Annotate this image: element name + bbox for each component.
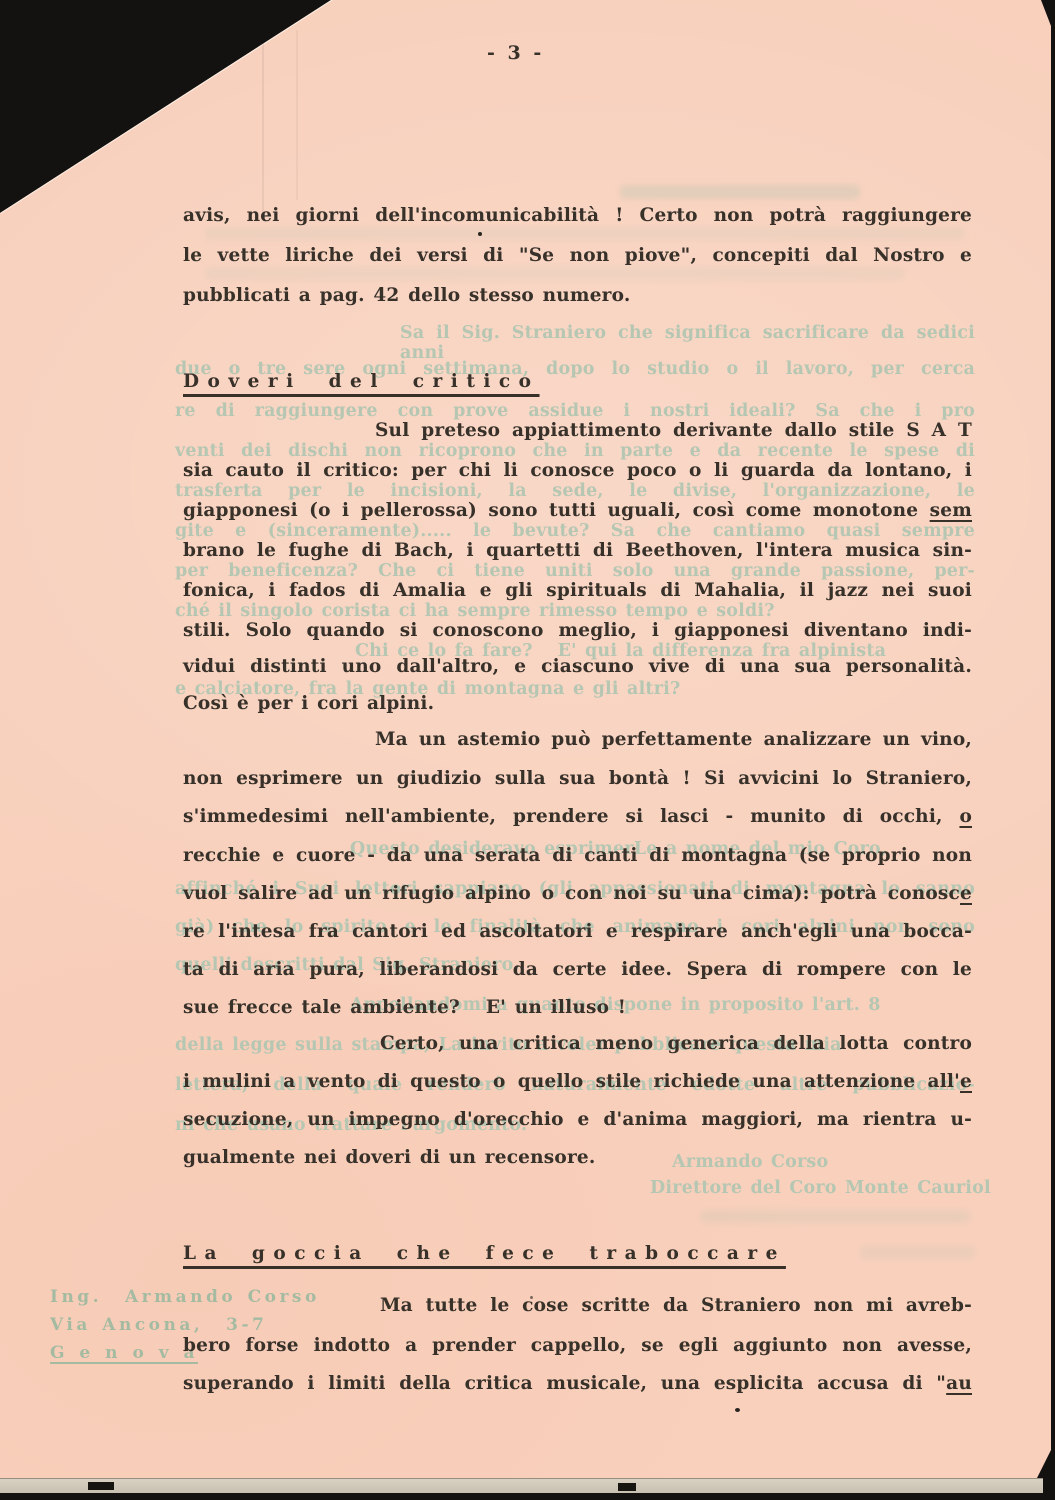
body-line: fonica, i fados di Amalia e gli spiritua…	[183, 580, 972, 601]
ink-speck	[530, 1296, 533, 1299]
bleedthrough-line: ché il singolo corista ci ha sempre rime…	[175, 601, 775, 621]
bleedthrough-address-line: G e n o v a	[50, 1344, 198, 1364]
page-corner-fold-edge	[0, 0, 334, 214]
body-line: sia cauto il critico: per chi li conosce…	[183, 460, 972, 481]
underlying-page-edge	[0, 1478, 1043, 1493]
crease-mark	[262, 0, 264, 215]
body-line: s'immedesimi nell'ambiente, prendere si …	[183, 806, 972, 827]
bleedthrough-line: venti dei dischi non ricoprono che in pa…	[175, 441, 975, 461]
body-line: Sul preteso appiattimento derivante dall…	[375, 420, 972, 441]
crease-mark	[296, 30, 298, 200]
bleedthrough-smudge	[620, 185, 860, 199]
bleedthrough-address-line: Ing. Armando Corso	[50, 1288, 320, 1308]
ink-speck	[478, 232, 482, 236]
section-heading: Doveri del critico	[183, 371, 540, 392]
bleedthrough-line: re di raggiungere con prove assidue i no…	[175, 401, 975, 421]
body-line: recchie e cuore - da una serata di canti…	[183, 845, 972, 866]
body-line: ta di aria pura, liberandosi da certe id…	[183, 959, 972, 980]
bleedthrough-smudge	[860, 1246, 975, 1259]
bleedthrough-smudge	[700, 1210, 970, 1223]
body-line: i mulini a vento di questo o quello stil…	[183, 1071, 972, 1092]
body-line: vuol salire ad un rifugio alpino o con n…	[183, 883, 972, 904]
body-line: avis, nei giorni dell'incomunicabilità !…	[183, 205, 972, 226]
bleedthrough-line: per beneficenza? Che ci tiene uniti solo…	[175, 561, 975, 581]
body-line: sue frecce tale ambiente? E' un illuso !	[183, 997, 626, 1018]
body-line: Così è per i cori alpini.	[183, 693, 434, 714]
page-number: - 3 -	[487, 42, 544, 64]
bleedthrough-address-line: Via Ancona, 3-7	[50, 1316, 267, 1336]
body-line: Ma tutte le cose scritte da Straniero no…	[380, 1295, 972, 1316]
body-line: non esprimere un giudizio sulla sua bont…	[183, 768, 972, 789]
scanned-page: - 3 - avis, nei giorni dell'incomunicabi…	[0, 0, 1055, 1500]
body-line: le vette liriche dei versi di "Se non pi…	[183, 245, 972, 266]
bleedthrough-signature-line: Armando Corso	[672, 1152, 828, 1172]
body-line: Ma un astemio può perfettamente analizza…	[375, 729, 972, 750]
body-line: gualmente nei doveri di un recensore.	[183, 1147, 596, 1168]
bleedthrough-smudge	[205, 227, 965, 240]
bleedthrough-signature-line: Direttore del Coro Monte Cauriol	[650, 1178, 991, 1198]
body-line: secuzione, un impegno d'orecchio e d'ani…	[183, 1109, 972, 1130]
body-line: superando i limiti della critica musical…	[183, 1373, 972, 1394]
ink-speck	[735, 1408, 740, 1412]
body-line: bero forse indotto a prender cappello, s…	[183, 1335, 972, 1356]
bleedthrough-smudge	[205, 267, 905, 280]
body-line: stili. Solo quando si conoscono meglio, …	[183, 620, 972, 641]
body-line: Certo, una critica meno generica della l…	[380, 1033, 972, 1054]
body-line: pubblicati a pag. 42 dello stesso numero…	[183, 285, 630, 306]
body-line: re l'intesa fra cantori ed ascoltatori e…	[183, 921, 972, 942]
scanner-gap	[618, 1483, 636, 1491]
paper-sheet: - 3 - avis, nei giorni dell'incomunicabi…	[0, 0, 1055, 1500]
bleedthrough-line: Sa il Sig. Straniero che significa sacri…	[400, 323, 975, 363]
bleedthrough-line: gite e (sinceramente)..... le bevute? Sa…	[175, 521, 975, 541]
bleedthrough-line: trasferta per le incisioni, la sede, le …	[175, 481, 975, 501]
scanner-gap	[88, 1482, 114, 1490]
section-heading: La goccia che fece traboccare	[183, 1243, 786, 1264]
body-line: brano le fughe di Bach, i quartetti di B…	[183, 540, 972, 561]
body-line: giapponesi (o i pellerossa) sono tutti u…	[183, 500, 972, 521]
body-line: vidui distinti uno dall'altro, e ciascun…	[183, 656, 972, 677]
